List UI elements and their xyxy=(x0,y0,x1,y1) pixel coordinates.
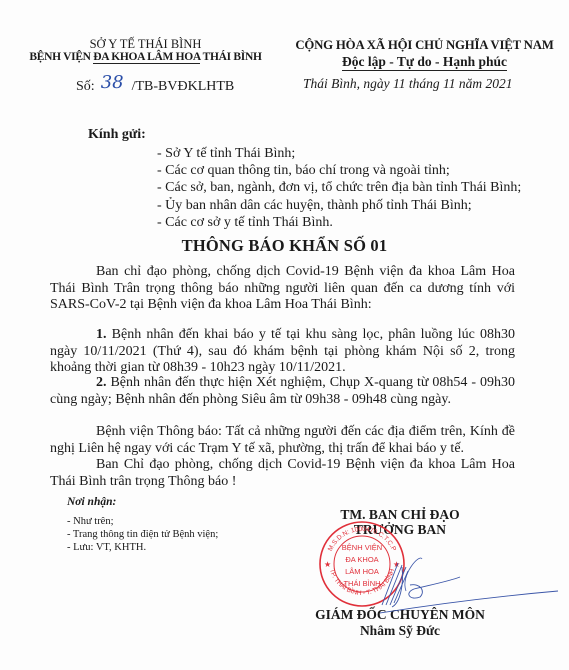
notice-paragraph: Bệnh viện Thông báo: Tất cả những người … xyxy=(50,424,515,457)
svg-text:★: ★ xyxy=(324,560,331,569)
recipient-item: - Như trên; xyxy=(67,516,218,529)
stamp-line-1: BỆNH VIỆN xyxy=(342,543,382,552)
addressees-label: Kính gửi: xyxy=(88,127,146,143)
hospital-suffix: THÁI BÌNH xyxy=(200,51,261,63)
number-label: Số: xyxy=(76,79,95,94)
stamp-line-3: LÂM HOA xyxy=(345,567,379,576)
hospital-underlined: ĐA KHOA LÂM HOA xyxy=(93,51,200,64)
document-title: THÔNG BÁO KHẨN SỐ 01 xyxy=(0,236,569,256)
item-1-paragraph: 1. Bệnh nhân đến khai báo y tế tại khu s… xyxy=(50,327,515,377)
addressee-item: - Các sở, ban, ngành, đơn vị, tổ chức tr… xyxy=(157,179,557,196)
motto-text: Độc lập - Tự do - Hạnh phúc xyxy=(342,54,507,71)
addressee-item: - Các cơ sở y tế tỉnh Thái Bình. xyxy=(157,214,557,231)
recipient-item: - Lưu: VT, KHTH. xyxy=(67,542,218,555)
addressee-item: - Các cơ quan thông tin, báo chí trong v… xyxy=(157,162,557,179)
document-number: Số:38/TB-BVĐKLHTB xyxy=(76,74,234,95)
item-2-paragraph: 2. Bệnh nhân đến thực hiện Xét nghiệm, C… xyxy=(50,375,515,408)
national-motto: Độc lập - Tự do - Hạnh phúc xyxy=(280,54,569,70)
stamp-line-4: THÁI BÌNH xyxy=(343,579,380,588)
document-page: SỞ Y TẾ THÁI BÌNH BỆNH VIỆN ĐA KHOA LÂM … xyxy=(0,0,569,670)
place-date: Thái Bình, ngày 11 tháng 11 năm 2021 xyxy=(303,76,513,92)
item-2-text: Bệnh nhân đến thực hiện Xét nghiệm, Chụp… xyxy=(50,375,515,407)
recipients-list: - Như trên; - Trang thông tin điện tử Bệ… xyxy=(67,516,218,554)
item-1-text: Bệnh nhân đến khai báo y tế tại khu sàng… xyxy=(50,327,515,375)
addressee-item: - Sở Y tế tỉnh Thái Bình; xyxy=(157,145,557,162)
recipients-label: Nơi nhận: xyxy=(67,496,116,508)
department-name: SỞ Y TẾ THÁI BÌNH xyxy=(0,37,291,52)
addressee-item: - Ủy ban nhân dân các huyện, thành phố t… xyxy=(157,197,557,214)
number-code: /TB-BVĐKLHTB xyxy=(132,79,235,94)
signer-name: Nhâm Sỹ Đức xyxy=(300,623,500,639)
recipient-item: - Trang thông tin điện tử Bệnh viện; xyxy=(67,529,218,542)
item-1-number: 1. xyxy=(96,327,107,342)
hospital-prefix: BỆNH VIỆN xyxy=(29,51,93,63)
handwritten-number: 38 xyxy=(101,72,124,93)
hospital-name: BỆNH VIỆN ĐA KHOA LÂM HOA THÁI BÌNH xyxy=(0,51,291,63)
nation-title: CỘNG HÒA XÃ HỘI CHỦ NGHĨA VIỆT NAM xyxy=(280,38,569,53)
addressees-list: - Sở Y tế tỉnh Thái Bình; - Các cơ quan … xyxy=(157,145,557,231)
closing-paragraph: Ban Chỉ đạo phòng, chống dịch Covid-19 B… xyxy=(50,457,515,490)
intro-paragraph: Ban chỉ đạo phòng, chống dịch Covid-19 B… xyxy=(50,264,515,314)
stamp-line-2: ĐA KHOA xyxy=(345,555,378,564)
item-2-number: 2. xyxy=(96,375,107,390)
handwritten-signature-icon xyxy=(380,555,560,615)
